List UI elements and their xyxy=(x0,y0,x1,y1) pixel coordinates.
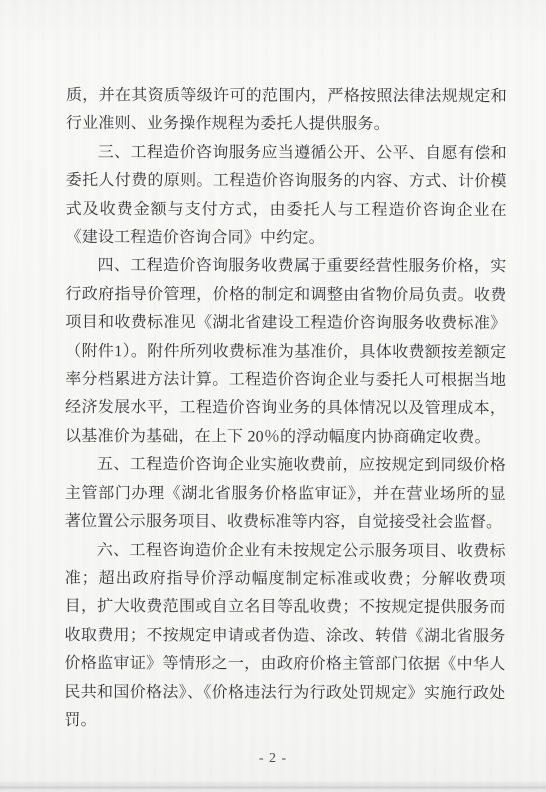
page-number: - 2 - xyxy=(0,751,546,767)
paragraph-item-four: 四、工程造价咨询服务收费属于重要经营性服务价格，实行政府指导价管理，价格的制定和… xyxy=(65,252,507,452)
paragraph-item-five: 五、工程造价咨询企业实施收费前，应按规定到同级价格主管部门办理《湖北省服务价格监… xyxy=(65,451,506,537)
document-body-text: 质，并在其资质等级许可的范围内，严格按照法律法规规定和行业准则、业务操作规程为委… xyxy=(64,82,507,736)
scan-bottom-edge-shadow xyxy=(0,780,546,792)
paragraph-item-six: 六、工程咨询造价企业有未按规定公示服务项目、收费标准；超出政府指导价浮动幅度制定… xyxy=(64,536,506,736)
paragraph-item-three: 三、工程造价咨询服务应当遵循公开、公平、自愿有偿和委托人付费的原则。工程造价咨询… xyxy=(66,139,507,254)
paragraph-continued: 质，并在其资质等级许可的范围内，严格按照法律法规规定和行业准则、业务操作规程为委… xyxy=(66,82,507,140)
scanned-document-page: 质，并在其资质等级许可的范围内，严格按照法律法规规定和行业准则、业务操作规程为委… xyxy=(0,0,546,792)
